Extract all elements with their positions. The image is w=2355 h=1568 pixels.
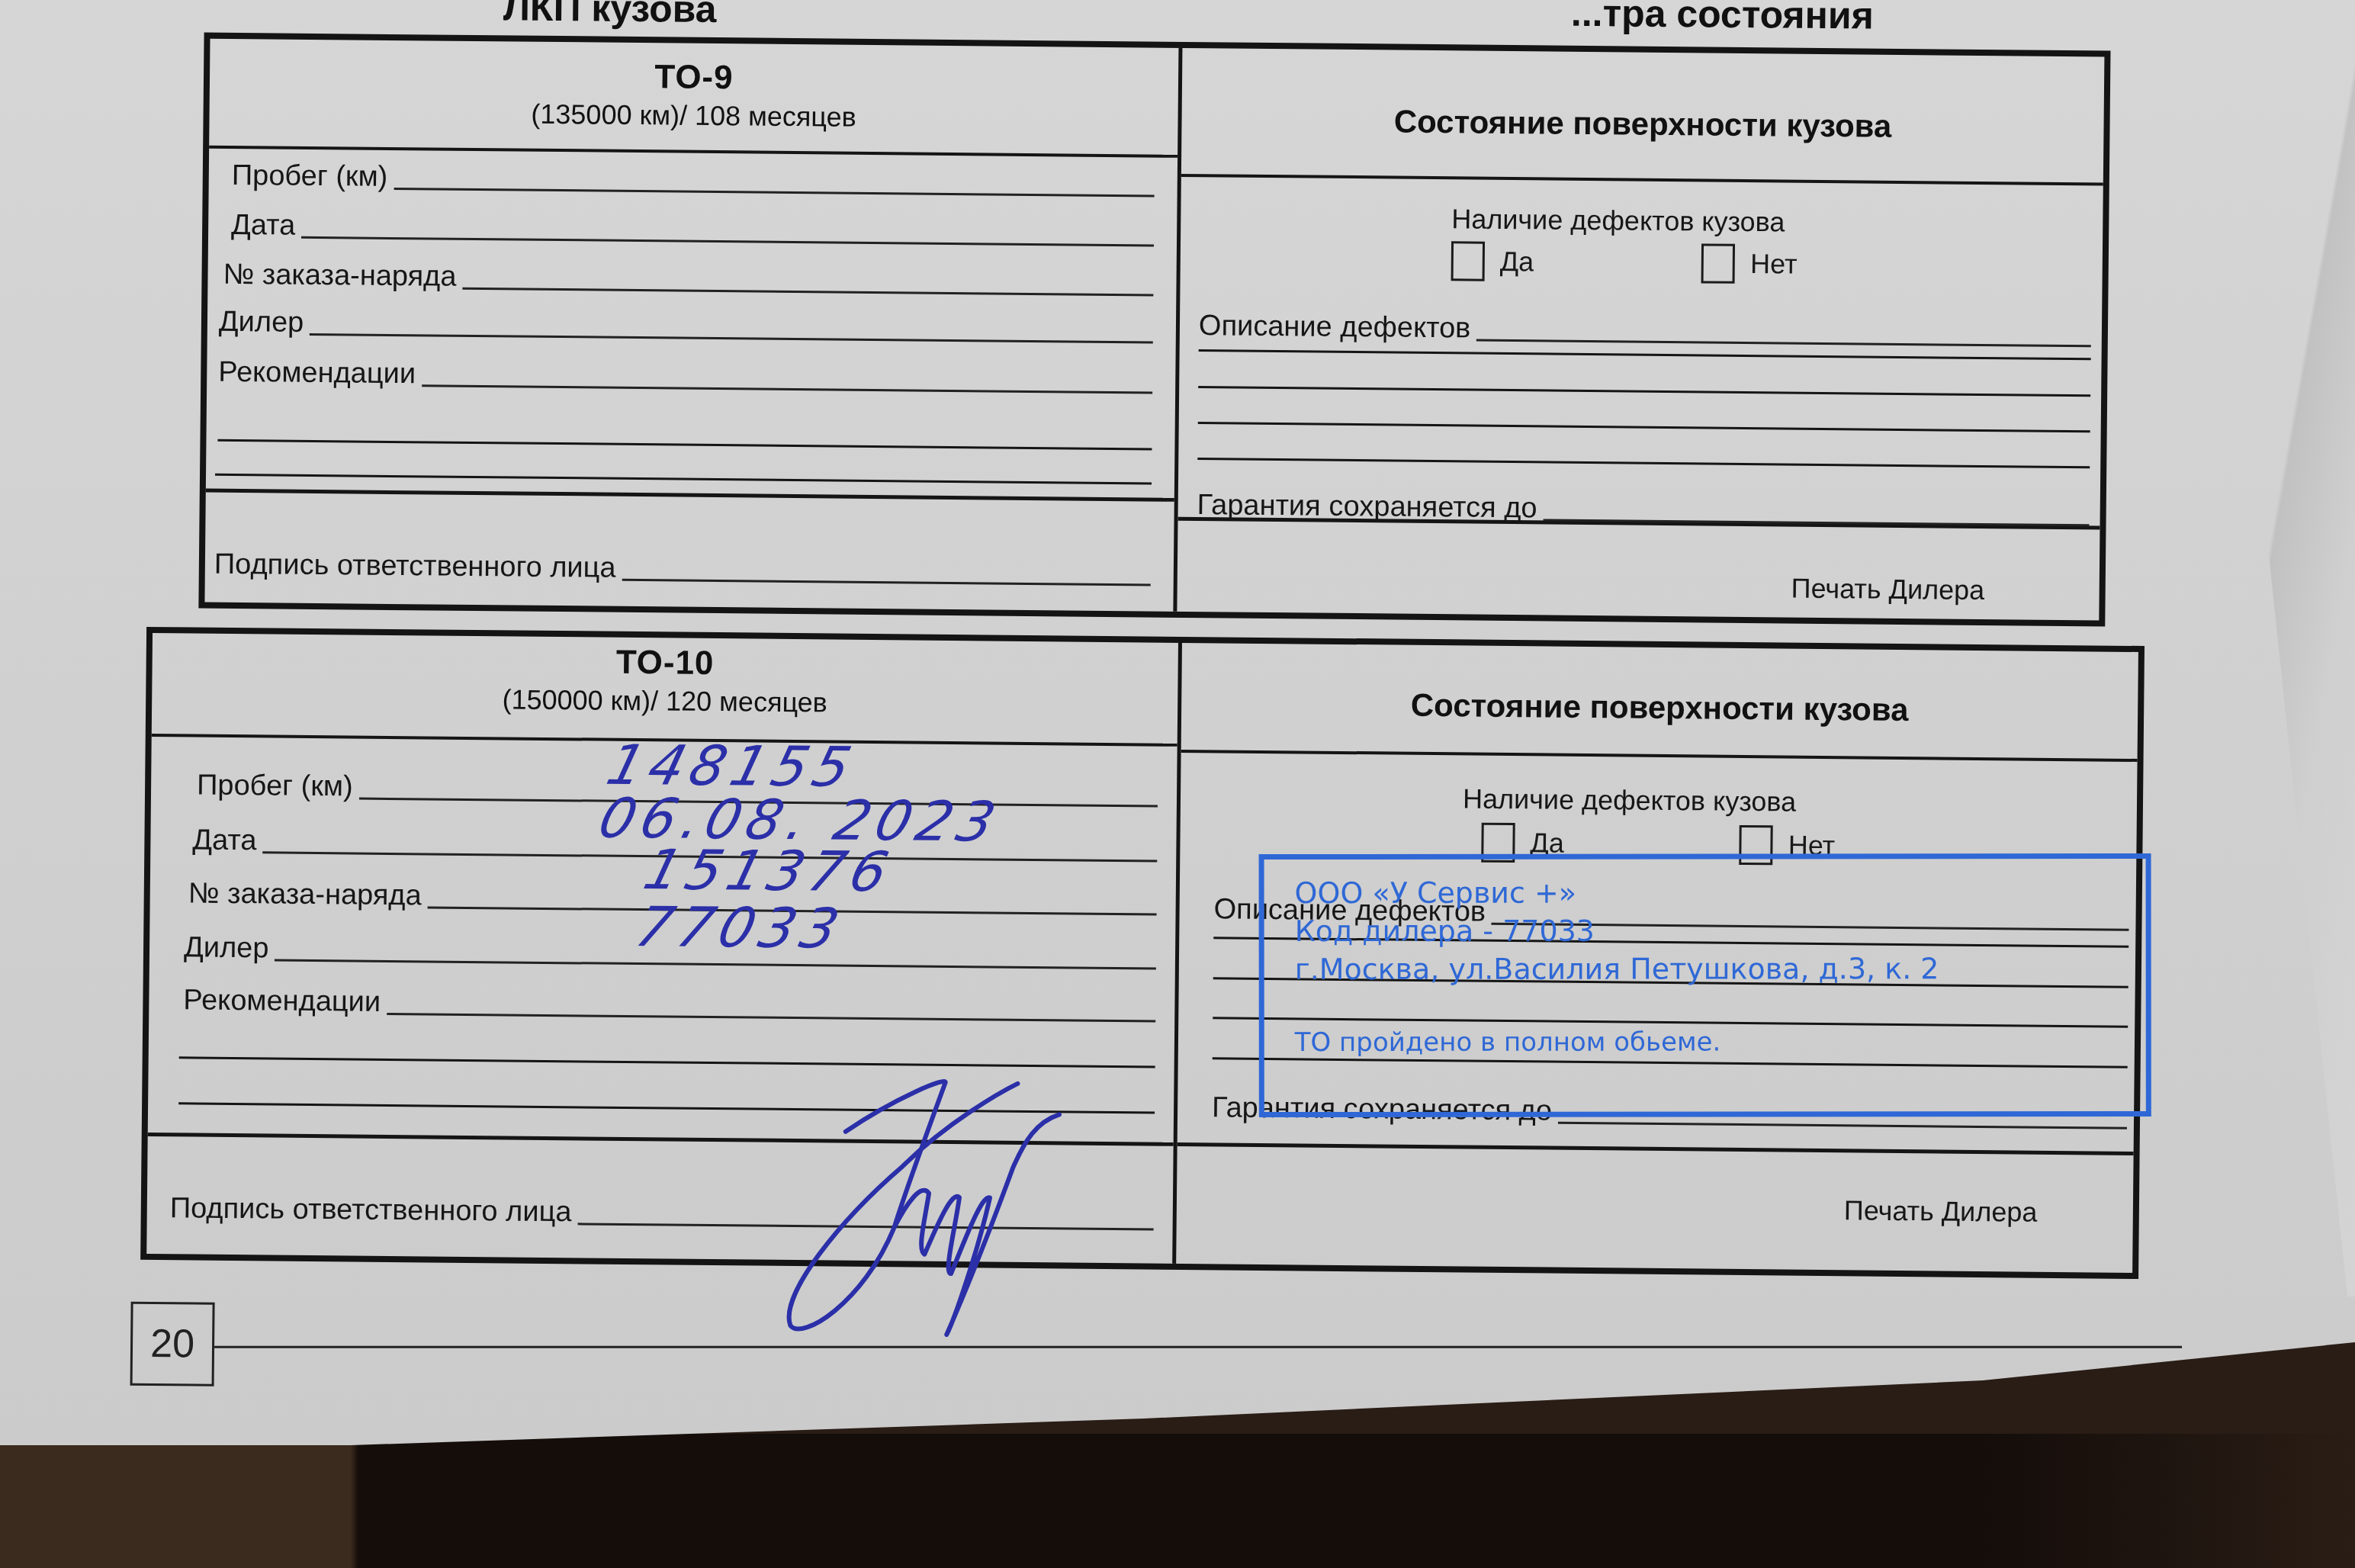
handwritten-order-number: 151376 bbox=[638, 837, 901, 904]
defects-checkboxes: Да Нет bbox=[1451, 241, 1798, 284]
recommendations-field[interactable]: Рекомендации bbox=[218, 358, 1152, 396]
recommendations-input-line[interactable] bbox=[387, 1013, 1155, 1023]
signature-input-line[interactable] bbox=[622, 579, 1150, 586]
page-number: 20 bbox=[130, 1302, 215, 1386]
order-label: № заказа-наряда bbox=[223, 260, 462, 291]
description-line-5[interactable] bbox=[1197, 458, 2090, 468]
section-heading-left: ЛКП кузова bbox=[503, 0, 717, 28]
mileage-field[interactable]: Пробег (км) bbox=[232, 161, 1155, 199]
recommendations-field[interactable]: Рекомендации bbox=[183, 985, 1155, 1023]
description-line-2[interactable] bbox=[1199, 349, 2091, 360]
warranty-label: Гарантия сохраняется до bbox=[1197, 490, 1544, 522]
defects-question: Наличие дефектов кузова bbox=[1463, 782, 1796, 818]
recommendations-label: Рекомендации bbox=[218, 358, 422, 389]
stamp-dealer-code: Код дилера - 77033 bbox=[1295, 914, 1595, 948]
warranty-input-line[interactable] bbox=[1543, 519, 2089, 526]
footer-rule bbox=[214, 1346, 2182, 1348]
defects-yes-option[interactable]: Да bbox=[1451, 241, 1534, 281]
dealer-input-line[interactable] bbox=[310, 333, 1153, 344]
service-interval: (150000 км)/ 120 месяцев bbox=[152, 680, 1177, 722]
warranty-input-line[interactable] bbox=[1558, 1122, 2127, 1129]
signature-label: Подпись ответственного лица bbox=[170, 1194, 578, 1226]
description-label: Описание дефектов bbox=[1199, 311, 1477, 342]
header-rule-right bbox=[1181, 174, 2103, 186]
dealer-label: Дилер bbox=[184, 933, 275, 962]
header-rule-right bbox=[1181, 750, 2138, 762]
no-label: Нет bbox=[1750, 248, 1798, 281]
column-divider bbox=[1172, 643, 1182, 1264]
description-line-3[interactable] bbox=[1198, 386, 2090, 397]
service-number: ТО-10 bbox=[152, 639, 1177, 687]
handwritten-signature bbox=[771, 1066, 1079, 1359]
dealer-stamp-label: Печать Дилера bbox=[1844, 1194, 2038, 1228]
body-condition-title: Состояние поверхности кузова bbox=[1181, 101, 2103, 147]
header-rule bbox=[209, 146, 1177, 158]
dealer-stamp-label: Печать Дилера bbox=[1791, 573, 1985, 606]
stamp-address: г.Москва, ул.Василия Петушкова, д.3, к. … bbox=[1295, 952, 1939, 986]
to9-block: ТО-9 (135000 км)/ 108 месяцев Состояние … bbox=[198, 33, 2110, 627]
date-field[interactable]: Дата bbox=[231, 210, 1154, 249]
to9-title: ТО-9 (135000 км)/ 108 месяцев bbox=[209, 54, 1178, 137]
dealer-input-line[interactable] bbox=[275, 959, 1156, 970]
to10-block: ТО-10 (150000 км)/ 120 месяцев Состояние… bbox=[140, 627, 2145, 1279]
section-heading-right: ...тра состояния bbox=[1571, 0, 1874, 35]
order-field[interactable]: № заказа-наряда bbox=[223, 260, 1153, 298]
service-interval: (135000 км)/ 108 месяцев bbox=[209, 95, 1177, 137]
to10-title: ТО-10 (150000 км)/ 120 месяцев bbox=[152, 639, 1178, 722]
dealer-field[interactable]: Дилер bbox=[219, 307, 1153, 345]
stamp-rule bbox=[1177, 1142, 2134, 1155]
service-book-sheet: ЛКП кузова ...тра состояния ТО-9 (135000… bbox=[0, 0, 2355, 1472]
defects-question: Наличие дефектов кузова bbox=[1451, 203, 1785, 238]
date-label: Дата bbox=[192, 825, 263, 855]
yes-checkbox[interactable] bbox=[1451, 241, 1485, 281]
recommendations-label: Рекомендации bbox=[183, 985, 387, 1017]
stamp-completion-note: ТО пройдено в полном обьеме. bbox=[1295, 1027, 1721, 1058]
recommendations-line-3[interactable] bbox=[215, 474, 1152, 485]
warranty-field[interactable]: Гарантия сохраняется до bbox=[1197, 490, 2090, 528]
defects-no-option[interactable]: Нет bbox=[1701, 243, 1798, 284]
signature-field[interactable]: Подпись ответственного лица bbox=[214, 550, 1151, 588]
no-checkbox[interactable] bbox=[1701, 243, 1735, 283]
order-input-line[interactable] bbox=[462, 288, 1153, 297]
body-condition-title: Состояние поверхности кузова bbox=[1181, 685, 2138, 731]
order-label: № заказа-наряда bbox=[188, 879, 428, 910]
dealer-label: Дилер bbox=[219, 307, 310, 337]
yes-label: Да bbox=[1500, 246, 1534, 278]
dealer-rubber-stamp: ООО «У Сервис +» Код дилера - 77033 г.Мо… bbox=[1259, 853, 2151, 1117]
date-input-line[interactable] bbox=[301, 236, 1154, 247]
defects-description-field[interactable]: Описание дефектов bbox=[1199, 311, 2091, 349]
description-input-line[interactable] bbox=[1476, 339, 2091, 348]
mileage-label: Пробег (км) bbox=[197, 771, 359, 802]
recommendations-line-2[interactable] bbox=[179, 1056, 1155, 1068]
mileage-label: Пробег (км) bbox=[232, 161, 394, 191]
mileage-input-line[interactable] bbox=[394, 188, 1154, 198]
signature-rule bbox=[206, 489, 1174, 502]
date-label: Дата bbox=[231, 210, 302, 240]
stamp-company-name: ООО «У Сервис +» bbox=[1295, 876, 1577, 910]
recommendations-input-line[interactable] bbox=[422, 384, 1152, 394]
recommendations-line-2[interactable] bbox=[217, 439, 1152, 451]
service-number: ТО-9 bbox=[210, 54, 1178, 101]
signature-label: Подпись ответственного лица bbox=[214, 550, 622, 583]
description-line-4[interactable] bbox=[1198, 422, 2090, 432]
handwritten-dealer-code: 77033 bbox=[630, 895, 852, 960]
